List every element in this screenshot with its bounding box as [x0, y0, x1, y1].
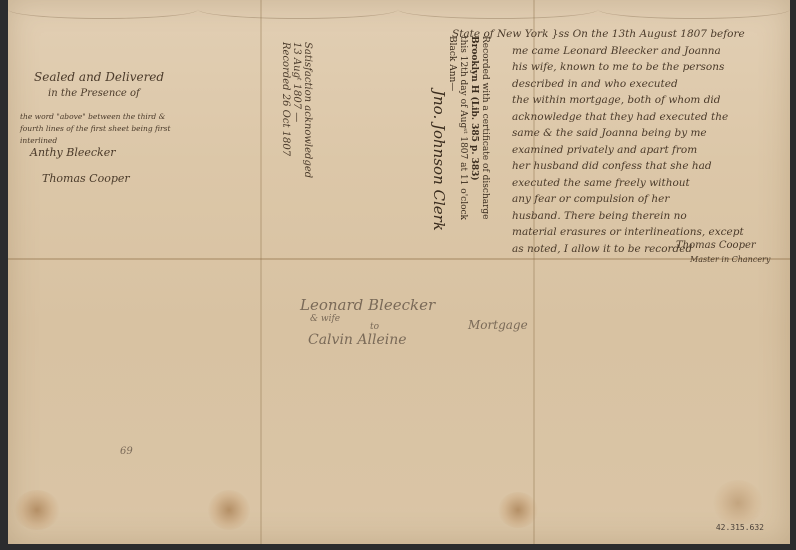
- acknowledgment-line: his wife, known to me to be the persons: [452, 59, 745, 76]
- interlineation-note: interlined: [20, 136, 57, 145]
- interlineation-note: the word "above" between the third &: [20, 112, 165, 121]
- stain: [14, 490, 60, 530]
- acknowledgment-line: same & the said Joanna being by me: [452, 125, 745, 142]
- acknowledgment-line: her husband did confess that she had: [452, 158, 745, 175]
- witness-heading: Sealed and Delivered: [34, 70, 164, 84]
- witness-signature: Anthy Bleecker: [30, 146, 115, 159]
- decorative-edge: [598, 0, 790, 19]
- acknowledgment-line: examined privately and apart from: [452, 142, 745, 159]
- fold-line: [260, 0, 262, 544]
- acknowledgment-line: State of New York }ss On the 13th August…: [452, 26, 745, 43]
- acknowledgment-line: me came Leonard Bleecker and Joanna: [452, 43, 745, 60]
- acknowledgment-line: any fear or compulsion of her: [452, 191, 745, 208]
- decorative-edge: [398, 0, 598, 19]
- acknowledgment-line: described in and who executed: [452, 76, 745, 93]
- folio-mark: 69: [120, 446, 133, 457]
- acknowledgment-line: husband. There being therein no: [452, 208, 745, 225]
- clerk-signature: Jno. Johnson Clerk: [430, 90, 448, 231]
- catalog-number: 42.315.632: [716, 523, 764, 532]
- decorative-edge: [8, 0, 198, 19]
- acknowledgment-title: Master in Chancery: [690, 255, 770, 264]
- document-paper: Sealed and Delivered in the Presence of …: [8, 0, 790, 544]
- stain: [498, 492, 538, 528]
- satisfaction-note: Satisfaction acknowledged 13 Augᵗ 1807 —…: [280, 42, 313, 178]
- docket-grantor: Leonard Bleecker: [300, 296, 435, 314]
- witness-signature: Thomas Cooper: [42, 172, 130, 185]
- decorative-edge: [198, 0, 398, 19]
- satisfaction-line: 13 Augᵗ 1807 —: [291, 42, 302, 178]
- stain: [208, 490, 250, 530]
- satisfaction-line: Recorded 26 Oct 1807: [280, 42, 291, 178]
- docket-to: to: [370, 322, 379, 332]
- docket-label: Mortgage: [468, 318, 528, 332]
- acknowledgment-signature: Thomas Cooper: [676, 240, 756, 251]
- witness-subheading: in the Presence of: [48, 88, 140, 99]
- acknowledgment-line: acknowledge that they had executed the: [452, 109, 745, 126]
- acknowledgment-text: State of New York }ss On the 13th August…: [452, 26, 745, 257]
- acknowledgment-line: the within mortgage, both of whom did: [452, 92, 745, 109]
- acknowledgment-line: executed the same freely without: [452, 175, 745, 192]
- docket-grantee: Calvin Alleine: [308, 332, 407, 348]
- satisfaction-line: Satisfaction acknowledged: [302, 42, 313, 178]
- acknowledgment-line: material erasures or interlineations, ex…: [452, 224, 745, 241]
- fold-line: [8, 258, 790, 260]
- stain: [713, 480, 763, 526]
- interlineation-note: fourth lines of the first sheet being fi…: [20, 124, 170, 133]
- docket-wife: & wife: [310, 314, 340, 324]
